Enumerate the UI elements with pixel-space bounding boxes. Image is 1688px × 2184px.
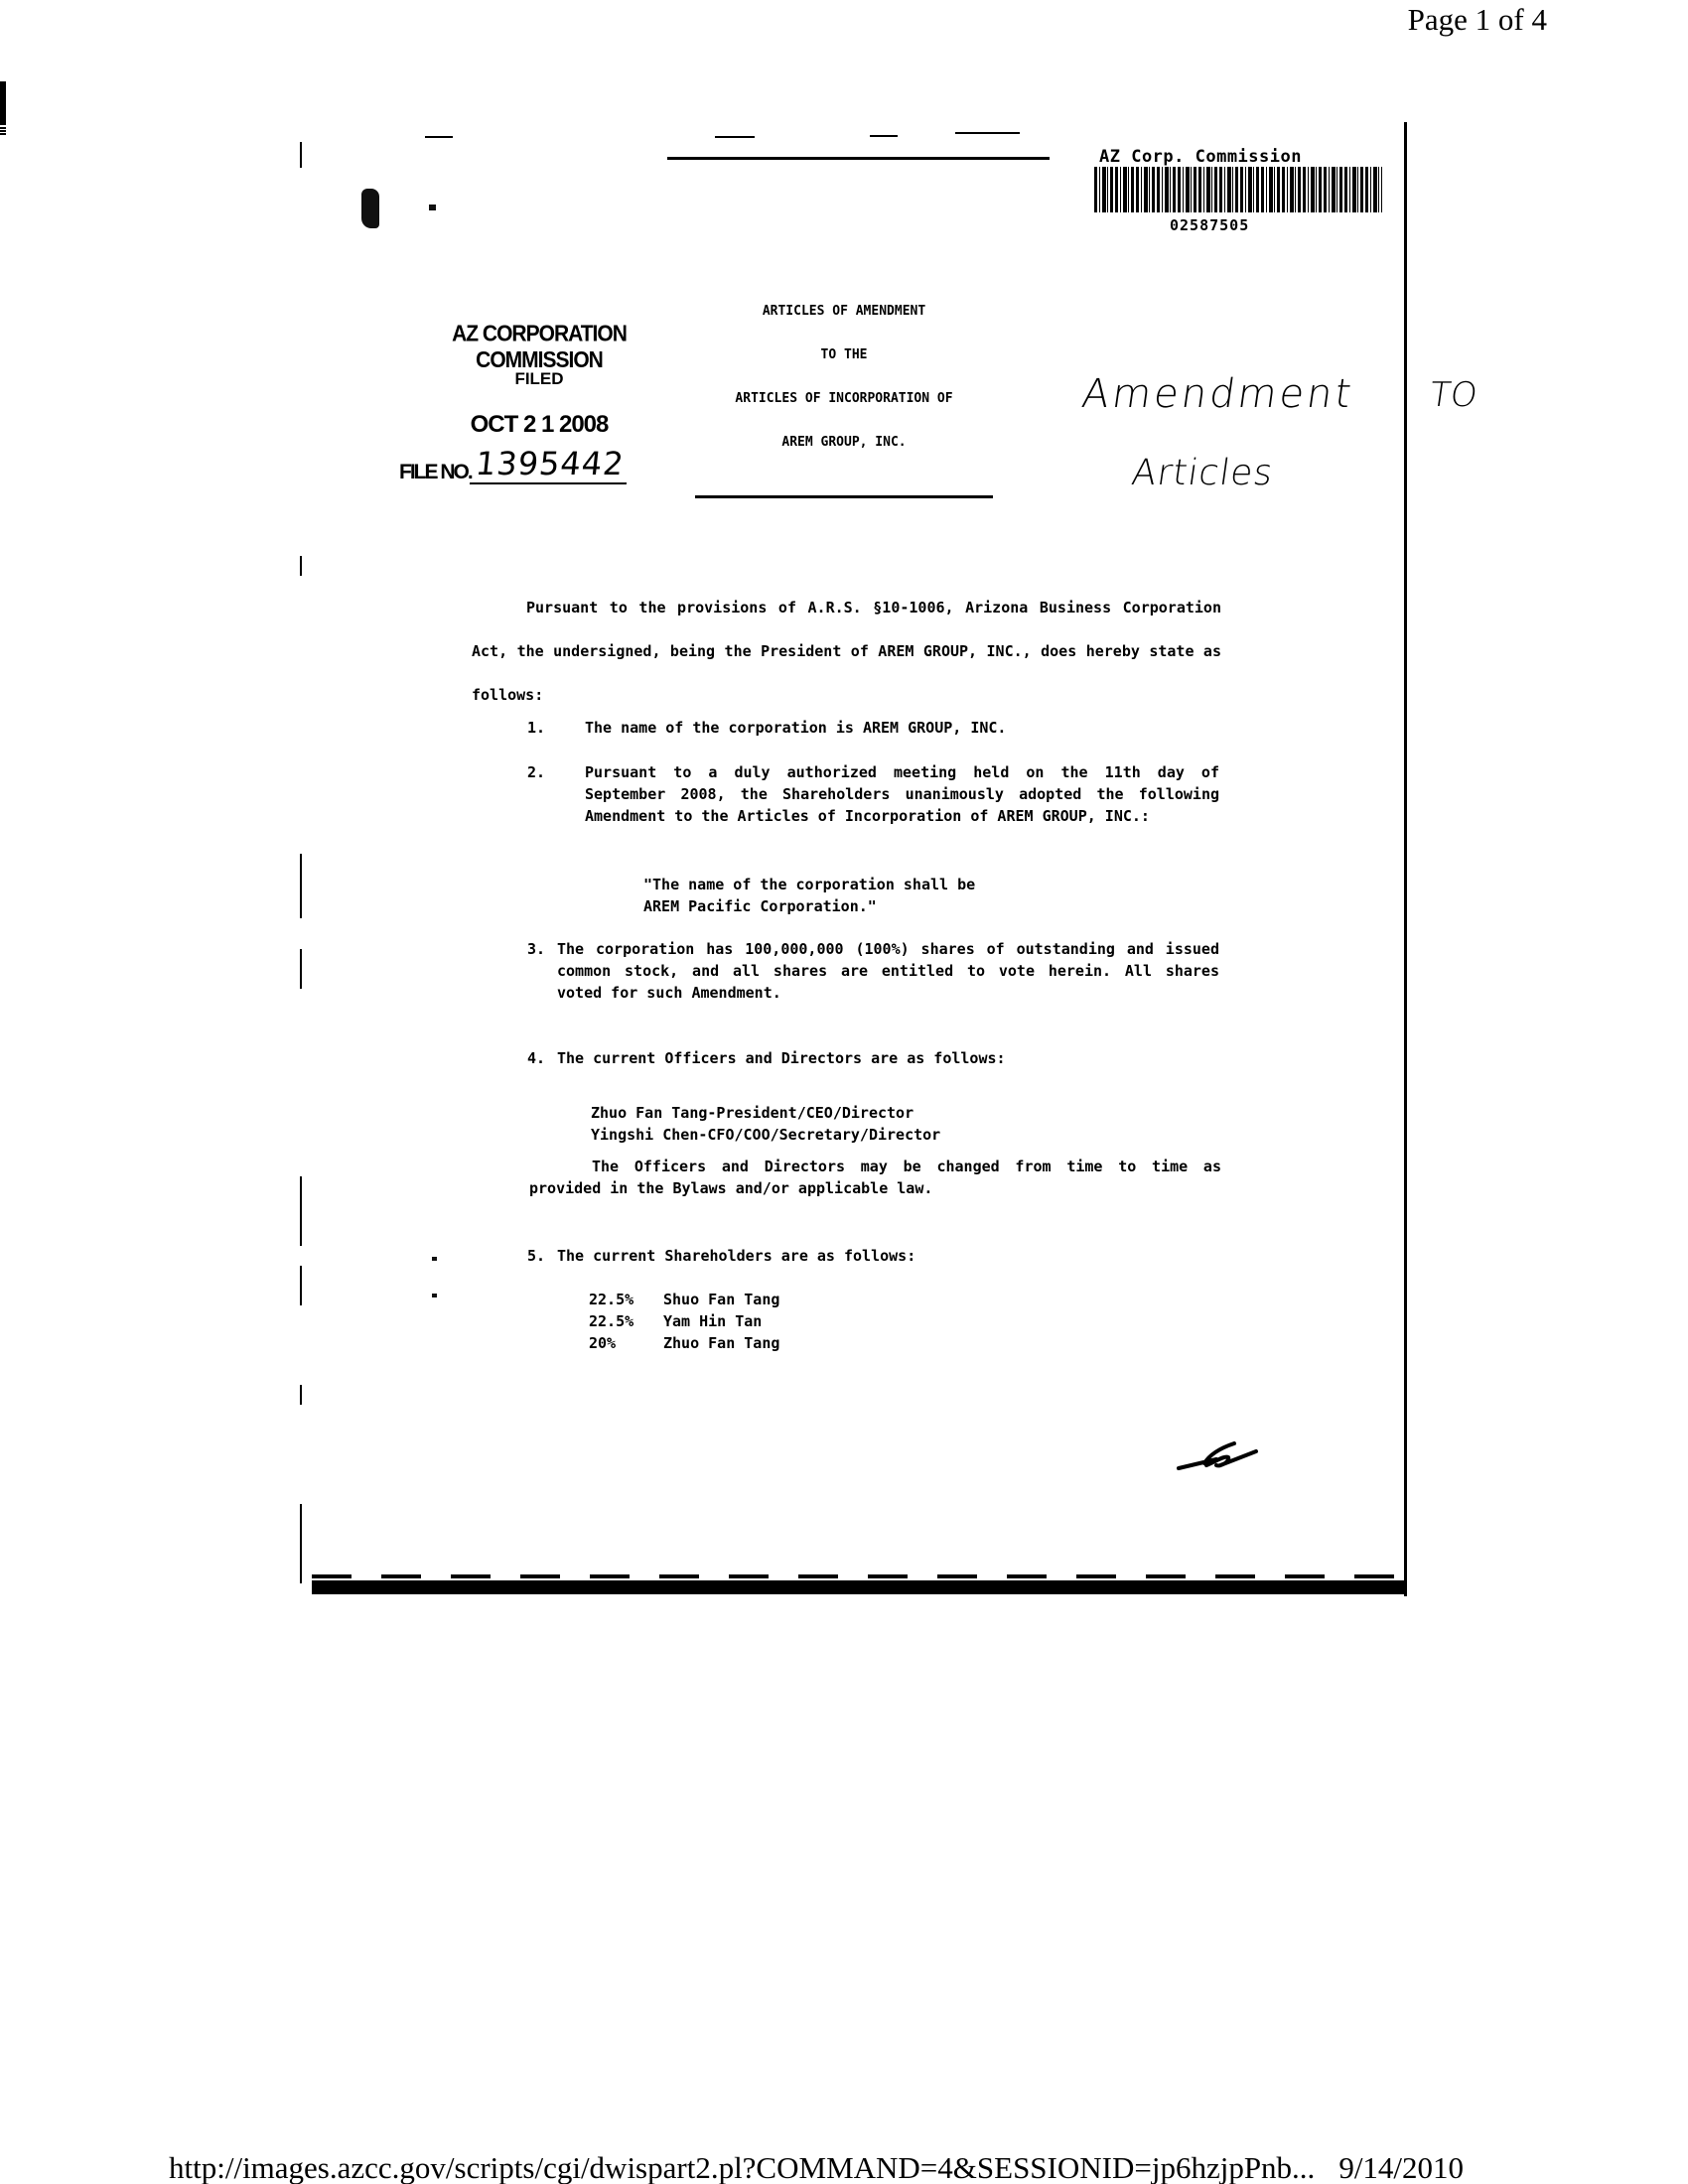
item-text: Pursuant to a duly authorized meeting he…: [585, 761, 1219, 827]
filed-stamp: AZ CORPORATION COMMISSION FILED OCT 2 1 …: [405, 324, 673, 484]
stamp-agency: AZ CORPORATION COMMISSION: [405, 322, 673, 374]
scan-edge-mark: [0, 81, 6, 125]
list-item: 2. Pursuant to a duly authorized meeting…: [527, 761, 1219, 827]
shareholder-row: 22.5% Yam Hin Tan: [589, 1310, 779, 1332]
shareholder-percent: 20%: [589, 1332, 663, 1354]
file-no-value: 1395442: [470, 445, 631, 484]
item-number: 2.: [527, 761, 585, 827]
scan-smudge: [429, 205, 436, 210]
barcode-icon: [1094, 167, 1382, 212]
officer-entry: Yingshi Chen-CFO/COO/Secretary/Director: [591, 1124, 940, 1146]
shareholders-list: 22.5% Shuo Fan Tang 22.5% Yam Hin Tan 20…: [589, 1289, 779, 1354]
item-text: The current Officers and Directors are a…: [557, 1047, 1219, 1069]
shareholder-name: Zhuo Fan Tang: [663, 1332, 779, 1354]
handwritten-note: TO: [1427, 375, 1479, 415]
scan-rule: [425, 136, 453, 138]
handwritten-note: Articles: [1129, 453, 1276, 493]
list-item: 3. The corporation has 100,000,000 (100%…: [527, 938, 1219, 1004]
shareholder-percent: 22.5%: [589, 1289, 663, 1310]
footer-date: 9/14/2010: [1338, 2150, 1464, 2184]
officer-entry: Zhuo Fan Tang-President/CEO/Director: [591, 1102, 940, 1124]
barcode-number: 02587505: [1170, 216, 1249, 234]
scan-rule: [667, 157, 1050, 160]
quote-line: AREM Pacific Corporation.": [643, 895, 1120, 917]
item-number: 1.: [527, 717, 585, 739]
list-item: 4. The current Officers and Directors ar…: [527, 1047, 1219, 1069]
title-line: ARTICLES OF INCORPORATION OF: [655, 389, 1033, 433]
sheet-border-left: [300, 142, 302, 168]
print-footer: http://images.azcc.gov/scripts/cgi/dwisp…: [169, 2150, 1464, 2184]
item-number: 3.: [527, 938, 557, 1004]
sheet-border-right: [1404, 122, 1407, 1596]
file-no-label: FILE NO.: [399, 461, 472, 484]
scan-rule: [870, 135, 898, 137]
item-text: The corporation has 100,000,000 (100%) s…: [557, 938, 1219, 1004]
scan-smudge: [361, 189, 379, 228]
item-number: 5.: [527, 1245, 557, 1267]
shareholder-row: 20% Zhuo Fan Tang: [589, 1332, 779, 1354]
footer-url: http://images.azcc.gov/scripts/cgi/dwisp…: [169, 2150, 1315, 2184]
quote-line: "The name of the corporation shall be: [643, 874, 1120, 895]
shareholder-name: Shuo Fan Tang: [663, 1289, 779, 1310]
item-text: The name of the corporation is AREM GROU…: [585, 717, 1219, 739]
sheet-border-left: [300, 1385, 302, 1405]
scan-speck: [432, 1257, 437, 1261]
sheet-border-left: [300, 1504, 302, 1583]
shareholder-name: Yam Hin Tan: [663, 1310, 762, 1332]
list-item: 5. The current Shareholders are as follo…: [527, 1245, 1219, 1267]
stamp-date: OCT 2 1 2008: [405, 411, 673, 439]
sheet-border-left: [300, 949, 302, 989]
barcode-agency-label: AZ Corp. Commission: [1099, 147, 1302, 167]
sheet-border-left: [300, 1266, 302, 1305]
shareholder-row: 22.5% Shuo Fan Tang: [589, 1289, 779, 1310]
title-rule: [695, 495, 993, 498]
list-item: 1. The name of the corporation is AREM G…: [527, 717, 1219, 739]
sheet-border-left: [300, 854, 302, 918]
amendment-quote: "The name of the corporation shall be AR…: [643, 874, 1120, 917]
shareholder-percent: 22.5%: [589, 1310, 663, 1332]
page-number-label: Page 1 of 4: [1408, 2, 1547, 38]
title-line: AREM GROUP, INC.: [655, 433, 1033, 477]
item-number: 4.: [527, 1047, 557, 1069]
scan-rule: [715, 136, 755, 138]
officers-note: The Officers and Directors may be change…: [529, 1156, 1221, 1199]
scan-speck: [432, 1294, 437, 1297]
signature-icon: [1177, 1441, 1261, 1471]
sheet-border-left: [300, 1176, 302, 1246]
sheet-border-left: [300, 556, 302, 576]
officers-list: Zhuo Fan Tang-President/CEO/Director Yin…: [591, 1102, 940, 1146]
item-text: The current Shareholders are as follows:: [557, 1245, 1219, 1267]
document-title: ARTICLES OF AMENDMENT TO THE ARTICLES OF…: [655, 302, 1033, 477]
title-line: ARTICLES OF AMENDMENT: [655, 302, 1033, 345]
title-line: TO THE: [655, 345, 1033, 389]
scan-rule: [955, 132, 1020, 134]
handwritten-note: Amendment: [1079, 371, 1357, 417]
intro-paragraph: Pursuant to the provisions of A.R.S. §10…: [472, 586, 1221, 717]
sheet-border-bottom: [312, 1580, 1407, 1594]
